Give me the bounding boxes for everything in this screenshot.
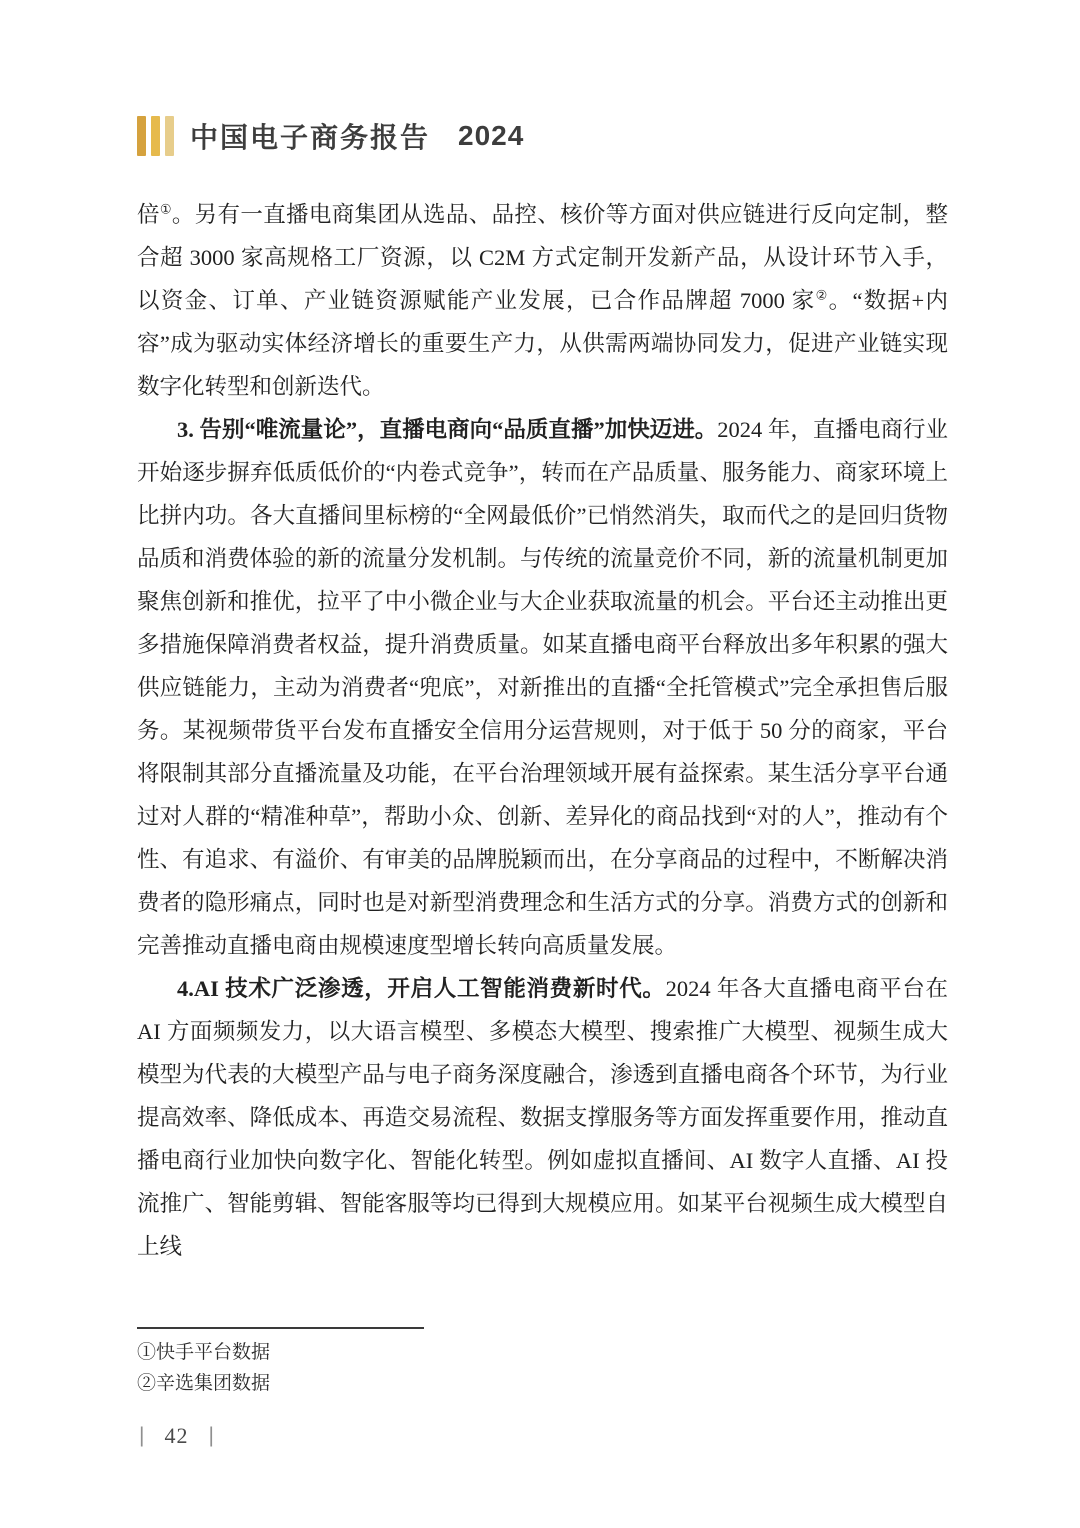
text-run: 3. 告别“唯流量论”，直播电商向“品质直播”加快迈进。 [177, 417, 717, 442]
footnote-divider [137, 1327, 424, 1329]
footnote-ref: ② [816, 288, 829, 303]
footnotes: ①快手平台数据 ②辛选集团数据 [137, 1337, 270, 1399]
report-year: 2024 [458, 120, 524, 152]
text-run: 2024 年各大直播电商平台在 AI 方面频频发力，以大语言模型、多模态大模型、… [137, 976, 948, 1259]
paragraph: 倍①。另有一直播电商集团从选品、品控、核价等方面对供应链进行反向定制，整合超 3… [137, 193, 948, 408]
report-title: 中国电子商务报告 [190, 116, 430, 156]
page-footer: | 42 | [139, 1423, 214, 1449]
page-number-separator-left: | [139, 1424, 144, 1448]
footnote-ref: ① [160, 202, 172, 217]
footnote-item: ②辛选集团数据 [137, 1368, 270, 1399]
document-body: 倍①。另有一直播电商集团从选品、品控、核价等方面对供应链进行反向定制，整合超 3… [137, 193, 948, 1268]
report-logo-icon [137, 116, 174, 156]
logo-bar-icon [165, 116, 174, 156]
paragraph: 4.AI 技术广泛渗透，开启人工智能消费新时代。2024 年各大直播电商平台在 … [137, 967, 948, 1268]
text-run: 倍 [137, 202, 160, 227]
footnote-item: ①快手平台数据 [137, 1337, 270, 1368]
document-page: 中国电子商务报告 2024 倍①。另有一直播电商集团从选品、品控、核价等方面对供… [0, 0, 1080, 1528]
text-run: 4.AI 技术广泛渗透，开启人工智能消费新时代。 [177, 976, 666, 1001]
page-header: 中国电子商务报告 2024 [137, 116, 524, 156]
logo-bar-icon [151, 116, 160, 156]
logo-bar-icon [137, 116, 146, 156]
page-number-separator-right: | [208, 1424, 213, 1448]
paragraph: 3. 告别“唯流量论”，直播电商向“品质直播”加快迈进。2024 年，直播电商行… [137, 408, 948, 967]
page-number: 42 [164, 1423, 188, 1449]
text-run: 2024 年，直播电商行业开始逐步摒弃低质低价的“内卷式竞争”，转而在产品质量、… [137, 417, 948, 958]
